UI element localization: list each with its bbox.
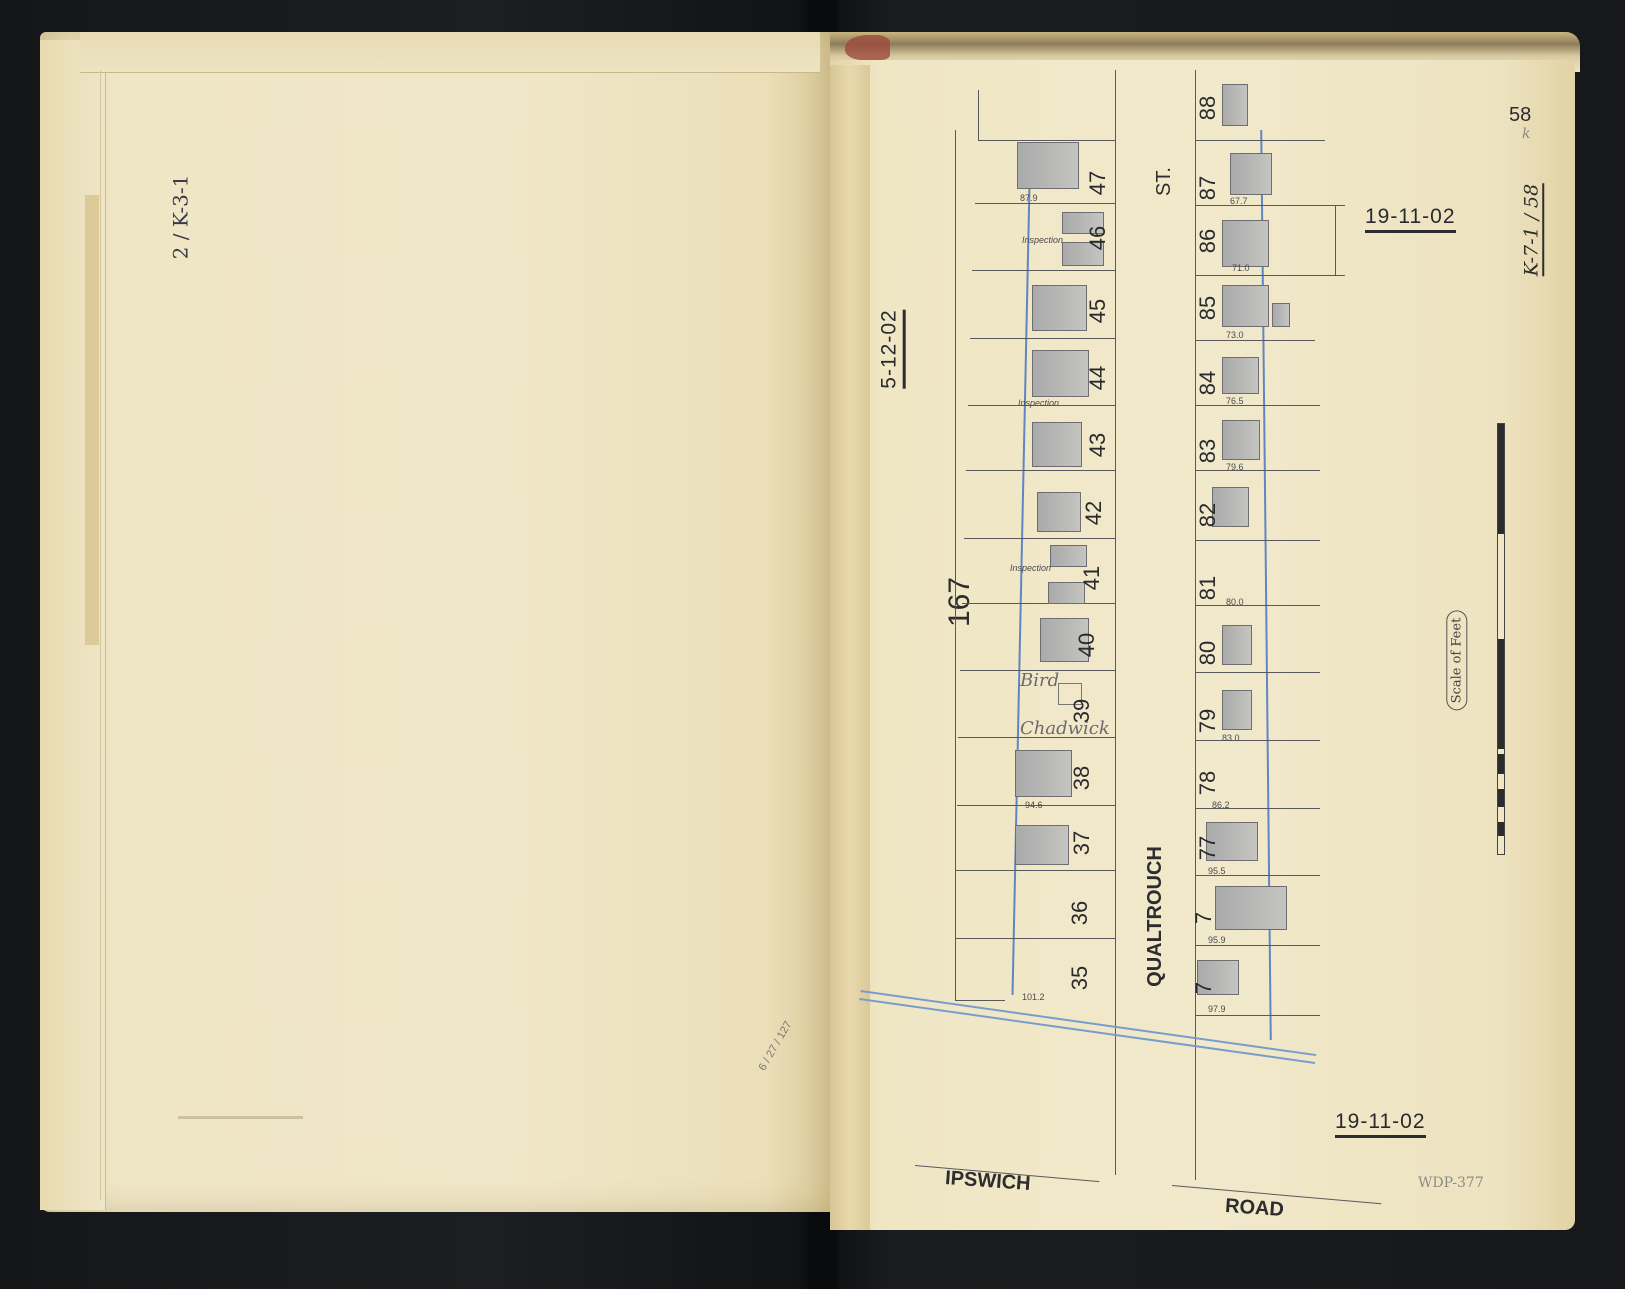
- lot-number: 82: [1195, 503, 1221, 527]
- street-label-qualtrouch: QUALTROUCH: [1144, 846, 1167, 987]
- lot-number: 37: [1069, 831, 1095, 855]
- lot-number: 41: [1079, 566, 1105, 590]
- lot-number: 77: [1195, 836, 1221, 860]
- house-lot-85: [1222, 285, 1269, 327]
- measurement: 95.5: [1208, 866, 1226, 876]
- lot-number: 83: [1195, 439, 1221, 463]
- lot-number: 45: [1085, 299, 1111, 323]
- scale-bar: [1497, 423, 1505, 855]
- measurement: 76.5: [1226, 396, 1244, 406]
- inspection-note: Inspection: [1018, 398, 1059, 408]
- scale-label: Scale of Feet: [1446, 611, 1467, 711]
- lot-line: [1195, 672, 1320, 673]
- measurement: 73.0: [1226, 330, 1244, 340]
- measurement: 95.9: [1208, 935, 1226, 945]
- binding-strip: [830, 65, 870, 1230]
- measurement: 94.6: [1025, 800, 1043, 810]
- lot-number: 81: [1195, 576, 1221, 600]
- page-number-mark: k: [1522, 126, 1530, 142]
- lot-number: 47: [1085, 171, 1111, 195]
- lot-number: 87: [1195, 176, 1221, 200]
- archive-stamp: WDP-377: [1418, 1175, 1484, 1191]
- house-lot-41: [1050, 545, 1087, 567]
- lot-line: [955, 938, 1115, 939]
- street-label-road: ROAD: [1224, 1195, 1284, 1222]
- owner-note-chadwick: Chadwick: [1020, 718, 1110, 739]
- house-lot-83: [1222, 420, 1260, 460]
- house-lot-79: [1222, 690, 1252, 730]
- lot-line: [972, 270, 1115, 271]
- lot-number: 86: [1195, 229, 1221, 253]
- map-reference: K-7-1 / 58: [1520, 184, 1544, 277]
- lot-line: [966, 470, 1115, 471]
- lot-number: 7: [1191, 982, 1217, 994]
- lot-number: 84: [1195, 371, 1221, 395]
- date-top-right: 19-11-02: [1365, 205, 1456, 233]
- lot-line: [1195, 205, 1345, 206]
- measurement: 71.0: [1232, 263, 1250, 273]
- lot-line: [964, 538, 1115, 539]
- left-annotation-ref: 2 / K-3-1: [168, 175, 192, 260]
- lot-number: 85: [1195, 296, 1221, 320]
- house-lot-86: [1222, 220, 1269, 267]
- lot-line: [1195, 605, 1320, 606]
- house-lot-76: [1215, 886, 1287, 930]
- lot-line: [1195, 405, 1320, 406]
- house-lot-88: [1222, 84, 1248, 126]
- lot-line: [1195, 945, 1320, 946]
- house-lot-45: [1032, 285, 1087, 331]
- date-bottom-right: 19-11-02: [1335, 1110, 1426, 1138]
- house-lot-85b: [1272, 303, 1290, 327]
- lot-number: 43: [1085, 433, 1111, 457]
- block-east-boundary: [1115, 70, 1116, 1175]
- lot-number: 78: [1195, 771, 1221, 795]
- inspection-note: Inspection: [1022, 235, 1063, 245]
- house-lot-44: [1032, 350, 1089, 397]
- left-page-torn-top: [80, 32, 820, 73]
- lot-line: [1195, 470, 1320, 471]
- lot-number: 36: [1067, 901, 1093, 925]
- lot-number: 44: [1085, 366, 1111, 390]
- red-binding-tear: [845, 35, 890, 60]
- lot-number: 38: [1069, 766, 1095, 790]
- measurement: 80.0: [1226, 597, 1244, 607]
- lot-line: [1335, 205, 1336, 275]
- house-lot-87: [1230, 153, 1272, 195]
- street-label-st: ST.: [1153, 167, 1176, 196]
- lot-number: 88: [1195, 96, 1221, 120]
- house-lot-37: [1015, 825, 1069, 865]
- measurement: 97.9: [1208, 1004, 1226, 1014]
- lot-line: [970, 338, 1115, 339]
- owner-note-bird: Bird: [1020, 670, 1059, 691]
- lot-line: [1195, 140, 1325, 141]
- lot-number: 80: [1195, 641, 1221, 665]
- house-lot-80: [1222, 625, 1252, 665]
- house-lot-84: [1222, 357, 1259, 394]
- house-lot-43: [1032, 422, 1082, 467]
- lot-line: [1195, 740, 1320, 741]
- lot-line: [1195, 540, 1320, 541]
- left-faint-stamp: [178, 1098, 303, 1119]
- page-number: 58: [1509, 104, 1531, 127]
- lot-number: 79: [1195, 709, 1221, 733]
- lot-line: [955, 1000, 1005, 1001]
- lot-line: [1195, 340, 1315, 341]
- measurement: 83.0: [1222, 733, 1240, 743]
- lot-line: [978, 140, 1115, 141]
- measurement: 86.2: [1212, 800, 1230, 810]
- date-left-vertical: 5-12-02: [878, 309, 906, 388]
- map-left-border: [978, 90, 979, 140]
- lot-number: 46: [1085, 226, 1111, 250]
- measurement: 101.2: [1022, 992, 1045, 1002]
- left-page-tab: [85, 195, 99, 645]
- lot-number: 42: [1081, 501, 1107, 525]
- house-lot-38: [1015, 750, 1072, 797]
- lot-line: [1195, 275, 1345, 276]
- measurement: 67.7: [1230, 196, 1248, 206]
- lot-line: [956, 870, 1115, 871]
- inspection-note: Inspection: [1010, 563, 1051, 573]
- lot-line: [962, 603, 1115, 604]
- left-page-inner-sheet: [100, 70, 801, 1200]
- measurement: 79.6: [1226, 462, 1244, 472]
- lot-number: 7: [1191, 912, 1217, 924]
- measurement: 87.9: [1020, 193, 1038, 203]
- lot-line: [975, 203, 1115, 204]
- house-lot-42: [1037, 492, 1081, 532]
- house-lot-47: [1017, 142, 1079, 189]
- lot-line: [1195, 1015, 1320, 1016]
- block-number: 167: [943, 577, 977, 627]
- lot-number: 35: [1067, 966, 1093, 990]
- lot-number: 40: [1074, 633, 1100, 657]
